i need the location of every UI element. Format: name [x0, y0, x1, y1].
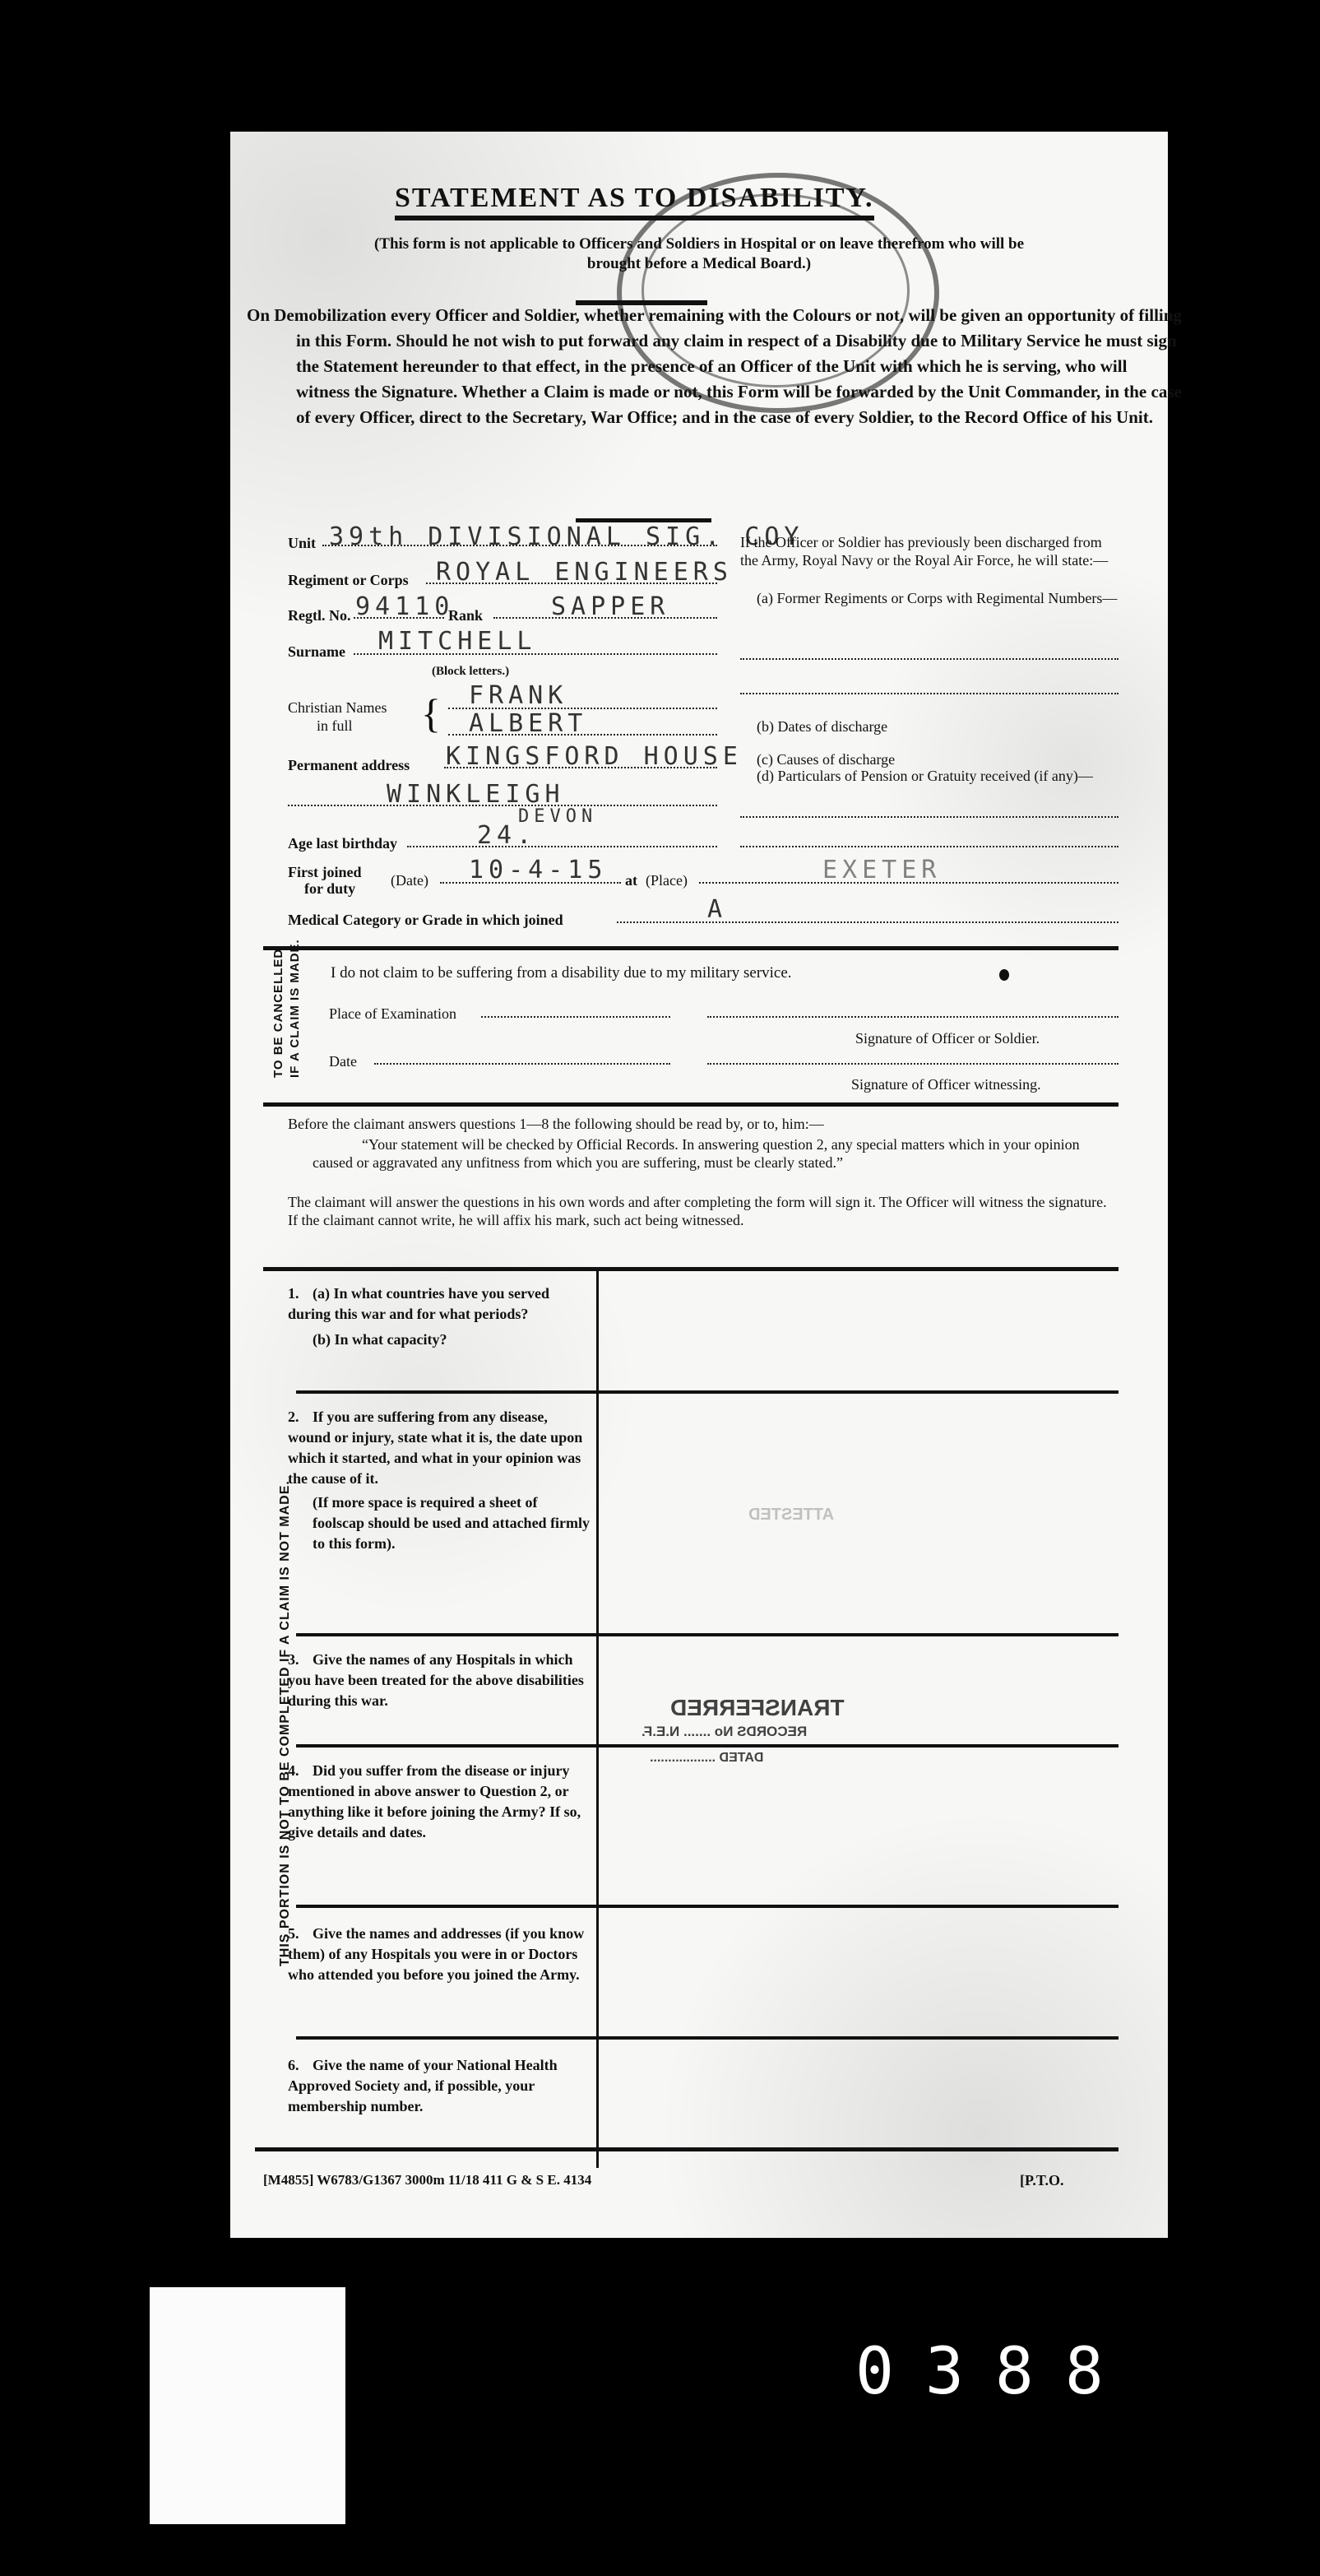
- medical-category-line: [617, 921, 1119, 923]
- form-title: STATEMENT AS TO DISABILITY.: [395, 183, 874, 220]
- row-rule: [296, 1633, 1119, 1636]
- question-1-b: (b) In what capacity?: [288, 1330, 592, 1350]
- surname-value[interactable]: MITCHELL: [378, 627, 537, 656]
- intro-paragraph: On Demobilization every Officer and Sold…: [230, 303, 1184, 430]
- column-divider: [596, 1271, 599, 2168]
- unit-value[interactable]: 39th DIVISIONAL SIG. COY: [329, 522, 804, 551]
- pto-label: [P.T.O.: [1020, 2172, 1064, 2189]
- medical-category-label: Medical Category or Grade in which joine…: [288, 912, 563, 929]
- row-rule: [296, 1390, 1119, 1394]
- form-subtitle: (This form is not applicable to Officers…: [362, 234, 1036, 274]
- no-claim-statement: I do not claim to be suffering from a di…: [331, 964, 792, 982]
- ink-dot: [999, 969, 1009, 981]
- blank-card: [150, 2287, 345, 2524]
- question-6: 6.Give the name of your National Health …: [288, 2055, 592, 2117]
- age-label: Age last birthday: [288, 835, 397, 852]
- former-regiments-line-2: [740, 693, 1119, 694]
- attested-stamp: ATTESTED: [748, 1506, 834, 1525]
- row-rule: [296, 2036, 1119, 2040]
- brace: {: [421, 693, 441, 734]
- christian-names-label: Christian Names: [288, 699, 387, 717]
- row-rule: [296, 1744, 1119, 1748]
- first-joined-place[interactable]: EXETER: [822, 856, 941, 884]
- dates-of-discharge-label: (b) Dates of discharge: [740, 717, 1135, 736]
- signature-witness-label: Signature of Officer witnessing.: [851, 1076, 1041, 1093]
- records-stamp: RECORDS No ....... N.E.F.: [641, 1724, 807, 1740]
- question-2: 2.If you are suffering from any disease,…: [288, 1407, 592, 1554]
- christian-name-1[interactable]: FRANK: [469, 681, 567, 710]
- signature-soldier-line[interactable]: [707, 1016, 1119, 1018]
- medical-category-value[interactable]: A: [707, 895, 727, 924]
- regtl-no-value[interactable]: 94110: [355, 592, 454, 621]
- former-regiments-label: (a) Former Regiments or Corps with Regim…: [740, 589, 1119, 607]
- section-rule: [263, 1102, 1119, 1107]
- regtl-no-label: Regtl. No.: [288, 607, 350, 624]
- cancel-label-1: TO BE CANCELLED: [271, 954, 285, 1078]
- address-line-1-value[interactable]: KINGSFORD HOUSE: [446, 742, 743, 771]
- regiment-label: Regiment or Corps: [288, 572, 409, 589]
- question-3: 3.Give the names of any Hospitals in whi…: [288, 1650, 592, 1711]
- christian-name-2[interactable]: ALBERT: [469, 709, 587, 738]
- address-line-2-value[interactable]: WINKLEIGH: [387, 780, 565, 809]
- pension-gratuity-label: (d) Particulars of Pension or Gratuity r…: [740, 767, 1119, 785]
- question-4: 4.Did you suffer from the disease or inj…: [288, 1761, 592, 1843]
- instructions-intro: Before the claimant answers questions 1—…: [288, 1115, 1110, 1133]
- question-1-a: (a) In what countries have you served du…: [288, 1285, 549, 1322]
- transferred-stamp: TRANSFERRED: [670, 1695, 845, 1721]
- place-of-examination-line[interactable]: [481, 1016, 670, 1018]
- rank-value[interactable]: SAPPER: [551, 592, 669, 621]
- row-rule: [296, 1905, 1119, 1908]
- dated-stamp: DATED ..................: [650, 1751, 763, 1766]
- christian-names-label2: in full: [317, 717, 353, 735]
- address-label: Permanent address: [288, 757, 410, 774]
- form-sheet: STATEMENT AS TO DISABILITY. (This form i…: [230, 132, 1168, 2238]
- no-claim-date-label: Date: [329, 1053, 357, 1070]
- place-of-examination-label: Place of Examination: [329, 1005, 456, 1023]
- date-label: (Date): [391, 872, 428, 889]
- unit-label: Unit: [288, 535, 316, 552]
- surname-label: Surname: [288, 643, 345, 661]
- at-label: at: [625, 872, 637, 889]
- place-label: (Place): [646, 872, 688, 889]
- cancel-label-2: IF A CLAIM IS MADE.: [288, 954, 302, 1078]
- section-rule: [263, 946, 1119, 950]
- print-code: [M4855] W6783/G1367 3000m 11/18 411 G & …: [263, 2172, 591, 2188]
- age-line: [407, 846, 717, 847]
- block-letters-note: (Block letters.): [432, 665, 509, 679]
- section-rule: [255, 2147, 1119, 2151]
- section-rule: [263, 1267, 1119, 1271]
- question-2-note: (If more space is required a sheet of fo…: [288, 1492, 592, 1554]
- instructions-quote: “Your statement will be checked by Offic…: [313, 1135, 1119, 1172]
- frame-counter: 0388: [855, 2335, 1135, 2409]
- discharge-line-3: [740, 816, 1119, 818]
- regiment-value[interactable]: ROYAL ENGINEERS: [436, 558, 733, 587]
- signature-soldier-label: Signature of Officer or Soldier.: [855, 1030, 1040, 1047]
- former-regiments-line-1: [740, 658, 1119, 660]
- causes-of-discharge-label: (c) Causes of discharge: [740, 750, 1135, 768]
- previous-discharge-intro: If the Officer or Soldier has previously…: [740, 533, 1119, 569]
- first-joined-date[interactable]: 10-4-15: [469, 856, 607, 884]
- rank-label: Rank: [448, 607, 483, 624]
- question-1: 1.(a) In what countries have you served …: [288, 1283, 592, 1350]
- discharge-line-4: [740, 846, 1119, 847]
- age-value[interactable]: 24.: [477, 821, 536, 850]
- question-5: 5.Give the names and addresses (if you k…: [288, 1924, 592, 1985]
- for-duty-label: for duty: [304, 880, 355, 898]
- signature-witness-line[interactable]: [707, 1063, 1119, 1065]
- first-joined-label: First joined: [288, 864, 362, 881]
- instructions-claimant: The claimant will answer the questions i…: [288, 1193, 1119, 1229]
- no-claim-date-line[interactable]: [374, 1063, 670, 1065]
